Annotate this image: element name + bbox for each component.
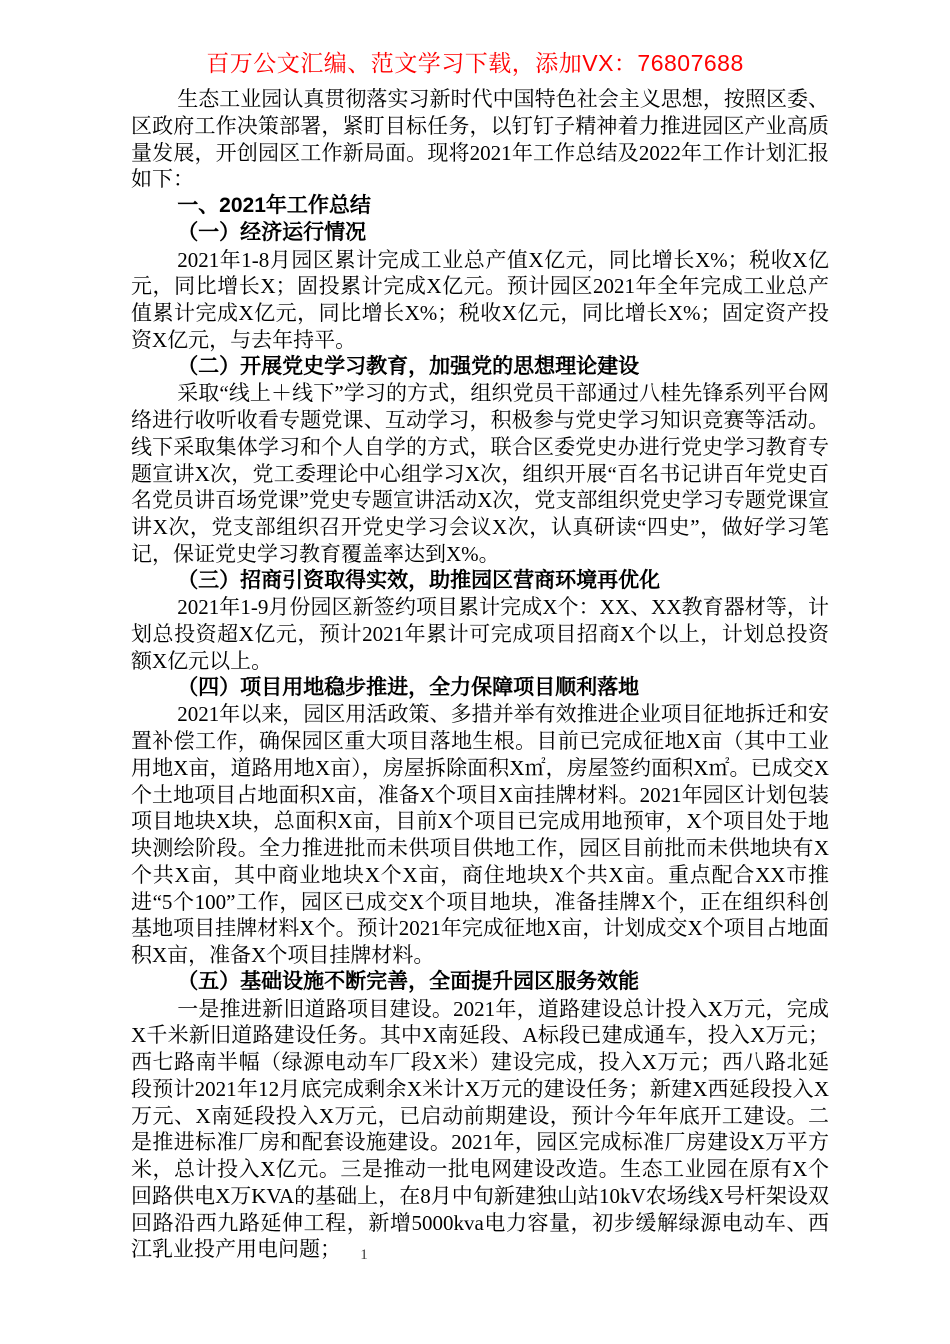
section-heading-level-2: （四）项目用地稳步推进，全力保障项目顺利落地 [131,675,829,702]
section-heading-level-2: （五）基础设施不断完善，全面提升园区服务效能 [131,969,829,996]
paragraph: 采取“线上＋线下”学习的方式，组织党员干部通过八桂先锋系列平台网络进行收听收看专… [131,380,829,567]
watermark-notice: 百万公文汇编、范文学习下载，添加VX：76807688 [126,45,824,78]
paragraph: 一是推进新旧道路项目建设。2021年，道路建设总计投入X万元，完成X千米新旧道路… [131,996,829,1264]
document-body: 生态工业园认真贯彻落实习新时代中国特色社会主义思想，按照区委、区政府工作决策部署… [131,86,829,1263]
section-heading-level-2: （一）经济运行情况 [131,220,829,247]
paragraph: 2021年1-8月园区累计完成工业总产值X亿元，同比增长X%；税收X亿元，同比增… [131,247,829,354]
section-heading-level-1: 一、2021年工作总结 [131,193,829,220]
paragraph: 2021年1-9月份园区新签约项目累计完成X个：XX、XX教育器材等，计划总投资… [131,594,829,674]
section-heading-level-2: （三）招商引资取得实效，助推园区营商环境再优化 [131,568,829,595]
page-number: 1 [330,1247,398,1264]
section-heading-level-2: （二）开展党史学习教育，加强党的思想理论建设 [131,354,829,381]
paragraph: 生态工业园认真贯彻落实习新时代中国特色社会主义思想，按照区委、区政府工作决策部署… [131,86,829,193]
document-page: 百万公文汇编、范文学习下载，添加VX：76807688 生态工业园认真贯彻落实习… [0,0,950,1344]
paragraph: 2021年以来，园区用活政策、多措并举有效推进企业项目征地拆迁和安置补偿工作，确… [131,701,829,969]
